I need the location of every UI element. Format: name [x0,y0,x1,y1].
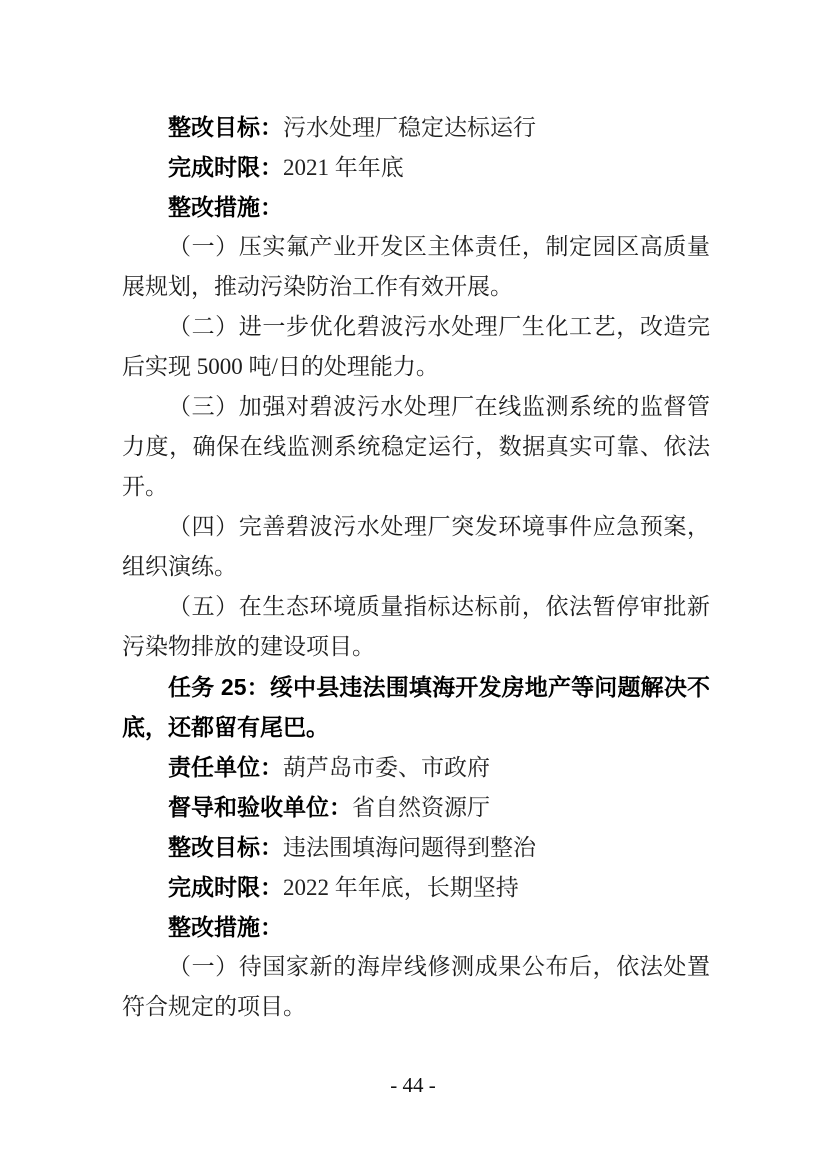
deadline-label: 完成时限： [168,874,283,900]
goal-value: 违法围填海问题得到整治 [283,835,536,860]
measure-line: （五）在生态环境质量指标达标前，依法暂停审批新增 [122,587,710,627]
goal-label: 整改目标： [168,114,283,140]
measure-line: 后实现 5000 吨/日的处理能力。 [122,347,710,387]
responsible-line: 责任单位：葫芦岛市委、市政府 [122,747,710,787]
supervision-value: 省自然资源厅 [352,795,490,820]
measures-label: 整改措施： [168,194,283,220]
responsible-value: 葫芦岛市委、市政府 [283,755,490,780]
measures-heading-task24: 整改措施： [122,187,710,227]
goal-label: 整改目标： [168,834,283,860]
document-body: 整改目标：污水处理厂稳定达标运行 完成时限：2021 年年底 整改措施： （一）… [122,107,710,1027]
goal-line-task25: 整改目标：违法围填海问题得到整治 [122,827,710,867]
measure-line: （二）进一步优化碧波污水处理厂生化工艺，改造完成 [122,307,710,347]
measure-line: 组织演练。 [122,547,710,587]
supervision-label: 督导和验收单位： [168,794,352,820]
deadline-value: 2021 年年底 [283,155,404,180]
deadline-label: 完成时限： [168,154,283,180]
supervision-line: 督导和验收单位：省自然资源厅 [122,787,710,827]
document-page: 整改目标：污水处理厂稳定达标运行 完成时限：2021 年年底 整改措施： （一）… [0,0,826,1169]
measure-line: 开。 [122,467,710,507]
measure-line: 污染物排放的建设项目。 [122,627,710,667]
deadline-line-task24: 完成时限：2021 年年底 [122,147,710,187]
goal-line-task24: 整改目标：污水处理厂稳定达标运行 [122,107,710,147]
measure-line: （三）加强对碧波污水处理厂在线监测系统的监督管理 [122,387,710,427]
responsible-label: 责任单位： [168,754,283,780]
measure-line: （一）待国家新的海岸线修测成果公布后，依法处置不 [122,947,710,987]
measure-line: 展规划，推动污染防治工作有效开展。 [122,267,710,307]
measure-line: 力度，确保在线监测系统稳定运行，数据真实可靠、依法公 [122,427,710,467]
deadline-value: 2022 年年底，长期坚持 [283,875,519,900]
page-number: - 44 - [0,1070,826,1100]
deadline-line-task25: 完成时限：2022 年年底，长期坚持 [122,867,710,907]
measure-line: （一）压实氟产业开发区主体责任，制定园区高质量发 [122,227,710,267]
task-title-line: 任务 25：绥中县违法围填海开发房地产等问题解决不彻 [122,667,710,707]
measure-line: 符合规定的项目。 [122,987,710,1027]
measure-line: （四）完善碧波污水处理厂突发环境事件应急预案，并 [122,507,710,547]
goal-value: 污水处理厂稳定达标运行 [283,115,536,140]
measures-label: 整改措施： [168,914,283,940]
task-title-line: 底，还都留有尾巴。 [122,707,710,747]
measures-heading-task25: 整改措施： [122,907,710,947]
